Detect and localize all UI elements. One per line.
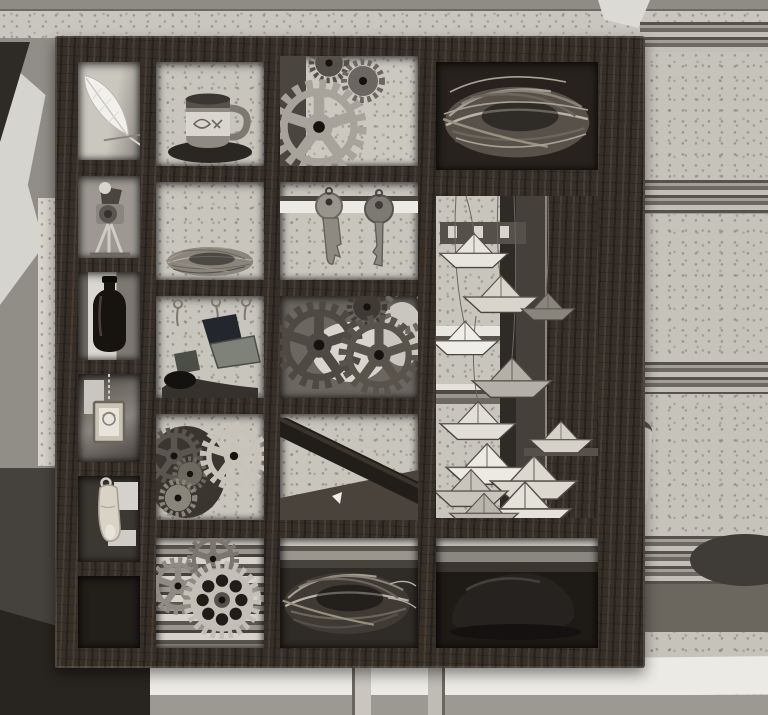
shelf-leg-right xyxy=(428,662,445,715)
figurine-icon xyxy=(78,176,140,258)
cell-feather xyxy=(78,62,140,160)
cell-mug xyxy=(156,62,264,166)
cell-nest-straw xyxy=(436,62,598,170)
cell-empty-dark xyxy=(78,576,140,648)
ornate-key xyxy=(316,193,342,264)
rock-icon xyxy=(436,538,598,648)
cell-keys xyxy=(280,182,418,280)
nest-twigs-icon xyxy=(280,538,418,648)
nest-straw-icon xyxy=(436,62,598,170)
cell-glass-shards xyxy=(156,296,264,398)
cell-gears-top xyxy=(280,56,418,166)
gears-mesh-icon xyxy=(280,296,418,398)
mug-icon xyxy=(156,62,264,166)
photo-scene xyxy=(0,0,768,715)
gears-three-icon xyxy=(156,538,264,648)
keys-icon xyxy=(280,182,418,280)
cell-figurine xyxy=(78,176,140,258)
cell-gears-mesh xyxy=(280,296,418,398)
cell-plank xyxy=(280,414,418,520)
shelf-leg-left xyxy=(352,662,371,715)
bottle-icon xyxy=(78,272,140,360)
cell-gears-three xyxy=(156,538,264,648)
cell-rock xyxy=(436,538,598,648)
glass-shards-icon xyxy=(156,296,264,398)
shadow-box-shelf xyxy=(55,36,645,668)
cell-boats xyxy=(436,196,598,518)
plank-icon xyxy=(280,414,418,520)
wall-sliver-left-of-shelf xyxy=(38,198,56,466)
right-wall-dark-band xyxy=(640,584,768,632)
cell-nest-twigs xyxy=(280,538,418,648)
cell-gear-cluster xyxy=(156,414,264,520)
right-wall-groove-1 xyxy=(640,22,768,52)
gear-cluster-icon xyxy=(156,414,264,520)
flat-key xyxy=(365,195,393,266)
fibre-tuft-icon xyxy=(156,182,264,280)
gears-top-icon xyxy=(280,56,418,166)
cell-tuft xyxy=(156,182,264,280)
right-wall-groove-2 xyxy=(640,180,768,214)
right-wall-groove-3 xyxy=(640,362,768,394)
pendant-icon xyxy=(78,374,140,462)
cell-finger xyxy=(78,476,140,562)
cell-pendant xyxy=(78,374,140,462)
feather-icon xyxy=(78,62,140,160)
boats-hanging-icon xyxy=(436,196,598,518)
finger-icon xyxy=(78,476,140,562)
cell-bottle xyxy=(78,272,140,360)
